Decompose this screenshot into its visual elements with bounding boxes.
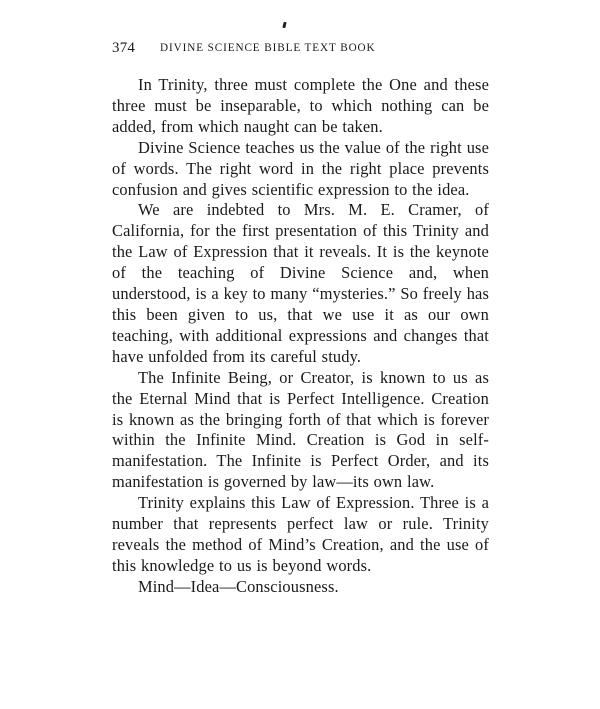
paragraph-infinite-being: The Infinite Being, or Creator, is known… xyxy=(112,368,489,493)
running-header: 374 DIVINE SCIENCE BIBLE TEXT BOOK xyxy=(112,40,489,58)
paragraph-trinity-one: In Trinity, three must complete the One … xyxy=(112,75,489,138)
paragraph-right-use-of-words: Divine Science teaches us the value of t… xyxy=(112,138,489,201)
paragraph-mind-idea-consciousness: Mind—Idea—Consciousness. xyxy=(112,577,489,598)
paragraph-law-of-expression: Trinity explains this Law of Expression.… xyxy=(112,493,489,577)
scan-artifact-mark xyxy=(282,22,286,28)
paragraph-mrs-cramer: We are indebted to Mrs. M. E. Cramer, of… xyxy=(112,200,489,367)
body-text: In Trinity, three must complete the One … xyxy=(112,75,489,598)
book-title: DIVINE SCIENCE BIBLE TEXT BOOK xyxy=(160,42,376,54)
page-number: 374 xyxy=(112,40,135,57)
